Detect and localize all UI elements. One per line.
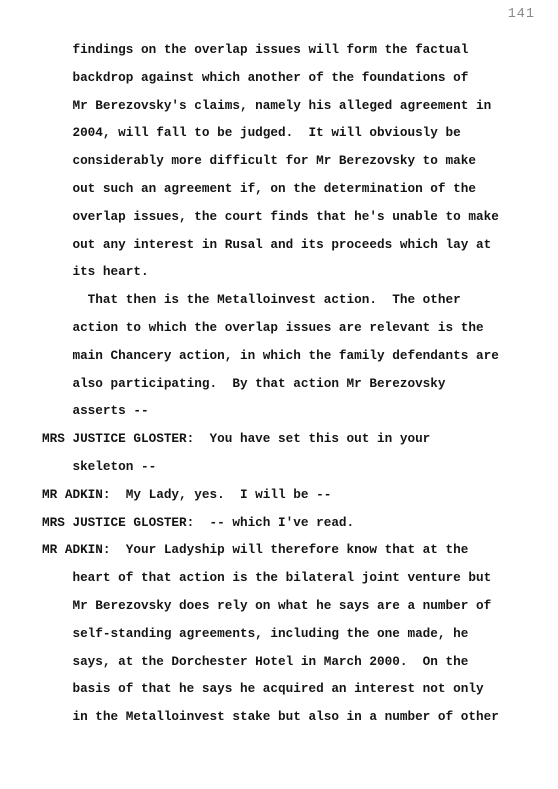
- transcript-line: heart of that action is the bilateral jo…: [42, 564, 558, 592]
- transcript-line: skeleton --: [42, 453, 558, 481]
- transcript-line: out such an agreement if, on the determi…: [42, 175, 558, 203]
- transcript-line: That then is the Metalloinvest action. T…: [42, 286, 558, 314]
- transcript-line: findings on the overlap issues will form…: [42, 36, 558, 64]
- transcript-line-speaker: MR ADKIN: Your Ladyship will therefore k…: [42, 536, 558, 564]
- transcript-line: action to which the overlap issues are r…: [42, 314, 558, 342]
- transcript-line: backdrop against which another of the fo…: [42, 64, 558, 92]
- transcript-line-speaker: MRS JUSTICE GLOSTER: -- which I've read.: [42, 509, 558, 537]
- page-number: 141: [508, 7, 535, 22]
- transcript-line: self-standing agreements, including the …: [42, 620, 558, 648]
- transcript-line: basis of that he says he acquired an int…: [42, 675, 558, 703]
- transcript-line: considerably more difficult for Mr Berez…: [42, 147, 558, 175]
- transcript-page: 141 findings on the overlap issues will …: [0, 0, 558, 789]
- transcript-line-speaker: MR ADKIN: My Lady, yes. I will be --: [42, 481, 558, 509]
- transcript-line: its heart.: [42, 258, 558, 286]
- transcript-line: overlap issues, the court finds that he'…: [42, 203, 558, 231]
- transcript-line: in the Metalloinvest stake but also in a…: [42, 703, 558, 731]
- transcript-line: Mr Berezovsky's claims, namely his alleg…: [42, 92, 558, 120]
- transcript-line-speaker: MRS JUSTICE GLOSTER: You have set this o…: [42, 425, 558, 453]
- transcript-line: main Chancery action, in which the famil…: [42, 342, 558, 370]
- transcript-line: also participating. By that action Mr Be…: [42, 370, 558, 398]
- transcript-line: out any interest in Rusal and its procee…: [42, 231, 558, 259]
- transcript-line: 2004, will fall to be judged. It will ob…: [42, 119, 558, 147]
- transcript-line: Mr Berezovsky does rely on what he says …: [42, 592, 558, 620]
- transcript-body: findings on the overlap issues will form…: [42, 36, 558, 731]
- transcript-line: says, at the Dorchester Hotel in March 2…: [42, 648, 558, 676]
- transcript-line: asserts --: [42, 397, 558, 425]
